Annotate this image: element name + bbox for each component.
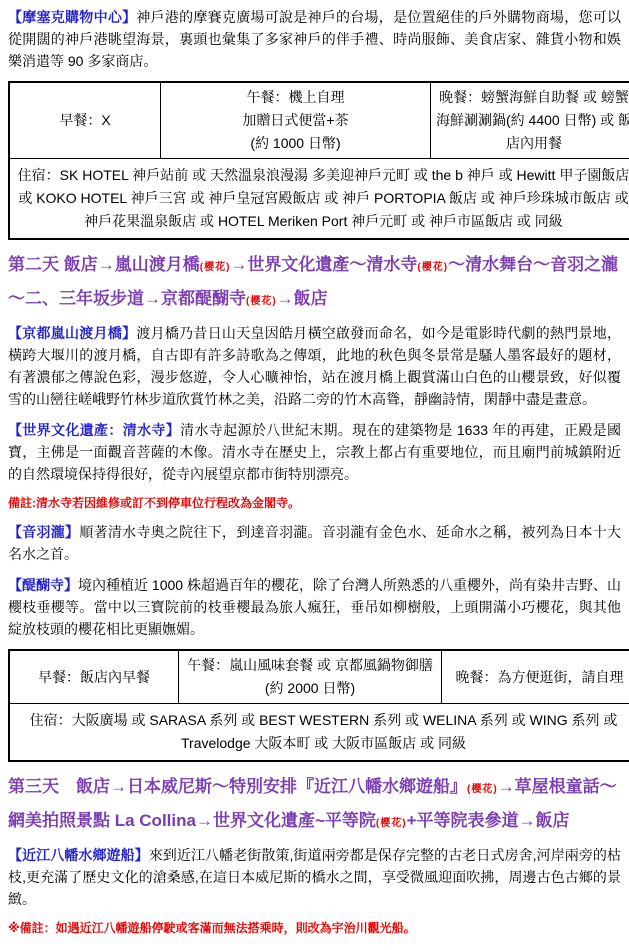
day1-breakfast-cell: 早餐：X xyxy=(9,82,161,159)
day1-lodging-row: 住宿：SK HOTEL 神戶站前 或 天然溫泉浪漫湯 多美迎神戶元町 或 the… xyxy=(9,159,629,240)
omihachiman-section-header: 【近江八幡水鄉遊船】 xyxy=(8,847,149,863)
day1-lodging-cell: 住宿：SK HOTEL 神戶站前 或 天然溫泉浪漫湯 多美迎神戶元町 或 the… xyxy=(9,159,629,240)
otowa-section-header: 【音羽瀧】 xyxy=(8,524,79,540)
otowa-section-body: 順著清水寺奧之院往下，到達音羽瀧。音羽瀧有金色水、延命水之稱，被列為日本十大名水… xyxy=(8,524,621,562)
day1-meals-table: 早餐：X 午餐：機上自理加贈日式便當+茶(約 1000 日幣) 晚餐：螃蟹海鮮自… xyxy=(8,81,629,240)
otowa-paragraph: 【音羽瀧】順著清水寺奧之院往下，到達音羽瀧。音羽瀧有金色水、延命水之稱，被列為日… xyxy=(8,521,621,565)
sakura-icon: (櫻花) xyxy=(246,296,277,307)
day2-lunch-cell: 午餐：嵐山風味套餐 或 京都風鍋物御膳(約 2000 日幣) xyxy=(179,650,442,704)
itinerary-page: 【摩塞克購物中心】神戶港的摩賽克廣場可說是神戶的台場，是位置絕佳的戶外購物商場，… xyxy=(0,0,629,950)
day1-lunch-line-1: 午餐：機上自理 xyxy=(165,86,426,109)
day2-meals-table: 早餐：飯店內早餐 午餐：嵐山風味套餐 或 京都風鍋物御膳(約 2000 日幣) … xyxy=(8,649,629,762)
day3-heading: 第三天 飯店→日本威尼斯～特別安排『近江八幡水鄉遊船』(櫻花)→草屋根童話～網美… xyxy=(8,771,621,839)
sakura-icon: (櫻花) xyxy=(417,262,448,273)
mosaic-paragraph: 【摩塞克購物中心】神戶港的摩賽克廣場可說是神戶的台場，是位置絕佳的戶外購物商場，… xyxy=(8,6,621,72)
day2-lunch-line-2: (約 2000 日幣) xyxy=(183,677,437,700)
daigoji-section-header: 【醍醐寺】 xyxy=(8,577,78,593)
sakura-icon: (櫻花) xyxy=(376,818,407,829)
day2-lodging-cell: 住宿：大阪廣場 或 SARASA 系列 或 BEST WESTERN 系列 或 … xyxy=(9,704,629,762)
day3-heading-segment: +平等院表參道→飯店 xyxy=(407,811,570,830)
day1-lunch-cell: 午餐：機上自理加贈日式便當+茶(約 1000 日幣) xyxy=(161,82,431,159)
day2-breakfast-cell: 早餐：飯店內早餐 xyxy=(9,650,179,704)
mosaic-section-header: 【摩塞克購物中心】 xyxy=(8,9,136,25)
sakura-icon: (櫻花) xyxy=(200,262,231,273)
day2-heading: 第二天 飯店→嵐山渡月橋(櫻花)→世界文化遺產～清水寺(櫻花)～清水舞台～音羽之… xyxy=(8,249,621,317)
daigoji-section-body: 境內種植近 1000 株超過百年的櫻花，除了台灣人所熟悉的八重櫻外，尚有染井吉野… xyxy=(8,577,621,637)
kiyomizu-paragraph: 【世界文化遺產：清水寺】清水寺起源於八世紀末期。現在的建築物是 1633 年的再… xyxy=(8,419,621,485)
day1-lunch-line-3: (約 1000 日幣) xyxy=(165,132,426,155)
day2-heading-segment: →世界文化遺產～清水寺 xyxy=(230,255,417,274)
day2-dinner-cell: 晚餐：為方便逛街，請自理 xyxy=(442,650,629,704)
day1-dinner-cell: 晚餐：螃蟹海鮮自助餐 或 螃蟹海鮮涮涮鍋(約 4400 日幣) 或 飯店內用餐 xyxy=(431,82,629,159)
togetsukyo-paragraph: 【京都嵐山渡月橋】渡月橋乃昔日山天皇因皓月橫空啟發而命名，如今是電影時代劇的熱門… xyxy=(8,322,621,410)
day2-heading-segment: →飯店 xyxy=(277,289,328,308)
kiyomizu-remark-note: 備註:清水寺若因維修或訂不到停車位行程改為金閣寺。 xyxy=(8,495,621,511)
omihachiman-remark-note: ※備註：如遇近江八幡遊船停駛或客滿而無法搭乘時，則改為宇治川觀光船。 xyxy=(8,920,621,936)
day2-lodging-row: 住宿：大阪廣場 或 SARASA 系列 或 BEST WESTERN 系列 或 … xyxy=(9,704,629,762)
omihachiman-paragraph: 【近江八幡水鄉遊船】來到近江八幡老街散策,街道兩旁都是保存完整的古老日式房舍,河… xyxy=(8,844,621,910)
sakura-icon: (櫻花) xyxy=(467,784,498,795)
day2-lunch-line-1: 午餐：嵐山風味套餐 或 京都風鍋物御膳 xyxy=(183,654,437,677)
togetsukyo-section-header: 【京都嵐山渡月橋】 xyxy=(8,325,136,341)
day2-heading-segment: 第二天 飯店→嵐山渡月橋 xyxy=(8,255,200,274)
day2-meals-row: 早餐：飯店內早餐 午餐：嵐山風味套餐 或 京都風鍋物御膳(約 2000 日幣) … xyxy=(9,650,629,704)
day1-lunch-line-2: 加贈日式便當+茶 xyxy=(165,109,426,132)
kiyomizu-section-header: 【世界文化遺產：清水寺】 xyxy=(8,422,180,438)
day1-meals-row: 早餐：X 午餐：機上自理加贈日式便當+茶(約 1000 日幣) 晚餐：螃蟹海鮮自… xyxy=(9,82,629,159)
day3-heading-segment: 第三天 飯店→日本威尼斯～特別安排『近江八幡水鄉遊船』 xyxy=(8,777,467,796)
daigoji-paragraph: 【醍醐寺】境內種植近 1000 株超過百年的櫻花，除了台灣人所熟悉的八重櫻外，尚… xyxy=(8,574,621,640)
